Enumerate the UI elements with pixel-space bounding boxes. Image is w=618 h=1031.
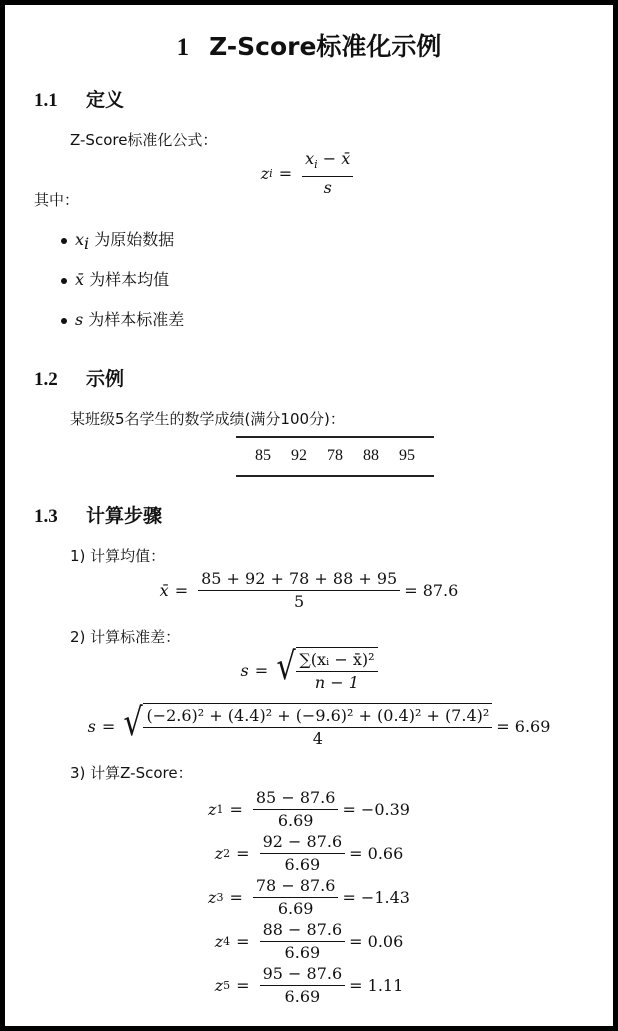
zscore-equation: z1= 85 − 87.66.69 = −0.39 (208, 787, 410, 831)
table-cell: 92 (281, 441, 317, 471)
table-top-rule (236, 436, 434, 438)
section-heading-example: 1.2示例 (34, 364, 124, 391)
zscore-formula: zi = xi − x̄ s (5, 149, 613, 198)
section-heading-steps: 1.3计算步骤 (34, 501, 162, 528)
zscore-list: z1= 85 − 87.66.69 = −0.39 z2= 92 − 87.66… (5, 787, 613, 1007)
bullet-item: x̄ 为样本均值 (61, 267, 169, 290)
bullet-item: s 为样本标准差 (61, 307, 184, 330)
step2-label: 2) 计算标准差： (70, 626, 180, 647)
bullet-icon (61, 278, 67, 284)
zscore-equation: z3= 78 − 87.66.69 = −1.43 (208, 875, 410, 919)
table-cell: 85 (245, 441, 281, 471)
where-label: 其中： (34, 189, 79, 210)
bullet-icon (61, 318, 67, 324)
document-title: 1Z-Score标准化示例 (5, 27, 613, 63)
scores-table: 85 92 78 88 95 (236, 441, 434, 471)
table-row: 85 92 78 88 95 (245, 441, 425, 471)
table-cell: 88 (353, 441, 389, 471)
table-cell: 78 (317, 441, 353, 471)
zscore-equation: z2= 92 − 87.66.69 = 0.66 (215, 831, 404, 875)
section-heading-definition: 1.1定义 (34, 85, 124, 112)
bullet-icon (61, 238, 67, 244)
table-bottom-rule (236, 475, 434, 477)
sd-formula: s= √∑(xᵢ − x̄)²n − 1 (5, 647, 613, 693)
example-intro: 某班级5名学生的数学成绩(满分100分)： (70, 408, 345, 429)
formula-intro: Z-Score标准化公式： (70, 129, 217, 150)
table-cell: 95 (389, 441, 425, 471)
step1-label: 1) 计算均值： (70, 545, 165, 566)
sqrt-symbol: √(−2.6)² + (4.4)² + (−9.6)² + (0.4)² + (… (121, 703, 492, 749)
zscore-equation: z4= 88 − 87.66.69 = 0.06 (215, 919, 404, 963)
zscore-equation: z5= 95 − 87.66.69 = 1.11 (215, 963, 404, 1007)
formula-fraction: xi − x̄ s (302, 149, 353, 198)
sd-calculation: s= √(−2.6)² + (4.4)² + (−9.6)² + (0.4)² … (15, 703, 618, 749)
sqrt-symbol: √∑(xᵢ − x̄)²n − 1 (274, 647, 377, 693)
bullet-item: xi 为原始数据 (61, 227, 174, 253)
document-page: 1Z-Score标准化示例 1.1定义 Z-Score标准化公式： zi = x… (5, 5, 613, 1026)
mean-equation: x̄= 85 + 92 + 78 + 88 + 955 = 87.6 (5, 569, 613, 612)
step3-label: 3) 计算Z-Score： (70, 762, 193, 783)
